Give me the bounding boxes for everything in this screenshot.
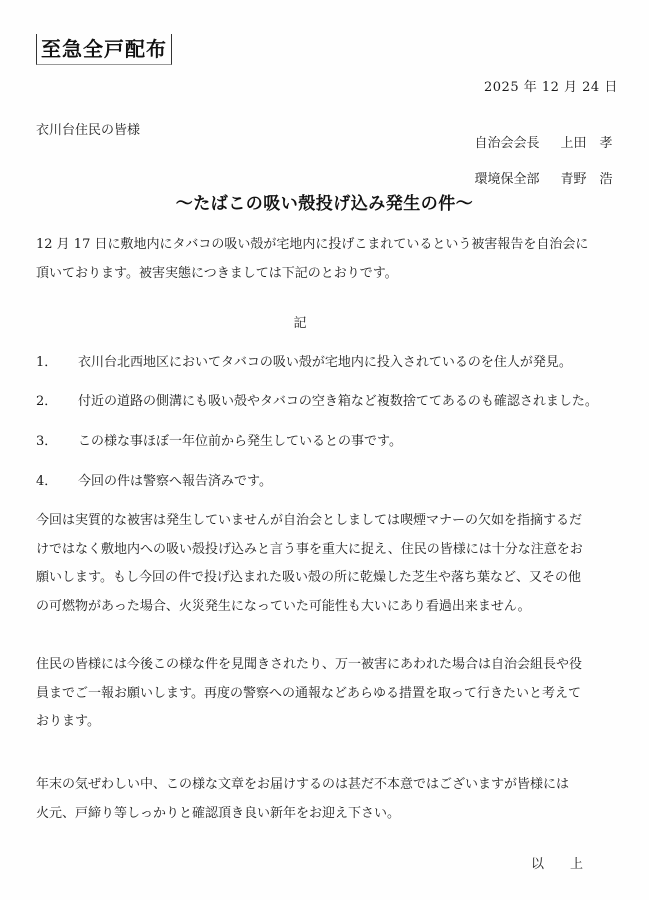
item-text: 衣川台北西地区においてタバコの吸い殻が宅地内に投入されているのを住人が発見。 <box>78 355 572 370</box>
list-item: 4．今回の件は警察へ報告済みです。 <box>36 470 272 489</box>
text-line: 願いします。もし今回の件で投げ込まれた吸い殻の所に乾燥した芝生や落ち葉など、又そ… <box>36 565 616 594</box>
text-line: の可燃物があった場合、火災発生になっていた可能性も大いにあり看過出来ません。 <box>36 594 616 623</box>
item-number: 2． <box>36 390 78 409</box>
body-paragraph-2: 住民の皆様には今後この様な件を見聞きされたり、万一被害にあわれた場合は自治会組長… <box>36 652 616 738</box>
item-text: 今回の件は警察へ報告済みです。 <box>78 474 272 489</box>
ki-heading: 記 <box>0 312 600 331</box>
body-paragraph-3: 年末の気ぜわしい中、この様な文章をお届けするのは甚だ不本意ではございますが皆様に… <box>36 772 616 829</box>
signatory-name: 青野 浩 <box>561 172 613 187</box>
item-number: 3． <box>36 430 78 449</box>
document-page: 至急全戸配布 2025 年 12 月 24 日 衣川台住民の皆様 自治会会長上田… <box>0 0 649 900</box>
list-item: 2．付近の道路の側溝にも吸い殻やタバコの空き箱など複数捨ててあるのも確認されまし… <box>36 390 598 409</box>
text-line: 住民の皆様には今後この様な件を見聞きされたり、万一被害にあわれた場合は自治会組長… <box>36 652 616 681</box>
text-line: 12 月 17 日に敷地内にタバコの吸い殻が宅地内に投げこまれているという被害報… <box>36 232 616 261</box>
document-date: 2025 年 12 月 24 日 <box>484 76 618 95</box>
list-item: 1．衣川台北西地区においてタバコの吸い殻が宅地内に投入されているのを住人が発見。 <box>36 351 572 370</box>
item-number: 1． <box>36 351 78 370</box>
list-item: 3．この様な事ほぼ一年位前から発生しているとの事です。 <box>36 430 402 449</box>
text-line: おります。 <box>36 709 616 738</box>
closing-remark: 以 上 <box>531 853 583 872</box>
addressee: 衣川台住民の皆様 <box>36 119 140 138</box>
text-line: 員までご一報お願いします。再度の警察への通報などあらゆる措置を取って行きたいと考… <box>36 681 616 710</box>
item-text: 付近の道路の側溝にも吸い殻やタバコの空き箱など複数捨ててあるのも確認されました。 <box>78 394 598 409</box>
signatory-role: 自治会会長 <box>475 132 561 151</box>
signatory-name: 上田 孝 <box>561 136 613 151</box>
text-line: 火元、戸締り等しっかりと確認頂き良い新年をお迎え下さい。 <box>36 801 616 830</box>
distribution-stamp: 至急全戸配布 <box>36 34 172 65</box>
document-title: ～たばこの吸い殻投げ込み発生の件～ <box>0 189 649 214</box>
text-line: 今回は実質的な被害は発生していませんが自治会としましては喫煙マナーの欠如を指摘す… <box>36 508 616 537</box>
item-text: この様な事ほぼ一年位前から発生しているとの事です。 <box>78 434 402 449</box>
text-line: けではなく敷地内への吸い殻投げ込みと言う事を重大に捉え、住民の皆様には十分な注意… <box>36 537 616 566</box>
body-paragraph-1: 今回は実質的な被害は発生していませんが自治会としましては喫煙マナーの欠如を指摘す… <box>36 508 616 622</box>
intro-paragraph: 12 月 17 日に敷地内にタバコの吸い殻が宅地内に投げこまれているという被害報… <box>36 232 616 289</box>
text-line: 年末の気ぜわしい中、この様な文章をお届けするのは甚だ不本意ではございますが皆様に… <box>36 772 616 801</box>
signatory-role: 環境保全部 <box>475 168 561 187</box>
text-line: 頂いております。被害実態につきましては下記のとおりです。 <box>36 261 616 290</box>
item-number: 4． <box>36 470 78 489</box>
